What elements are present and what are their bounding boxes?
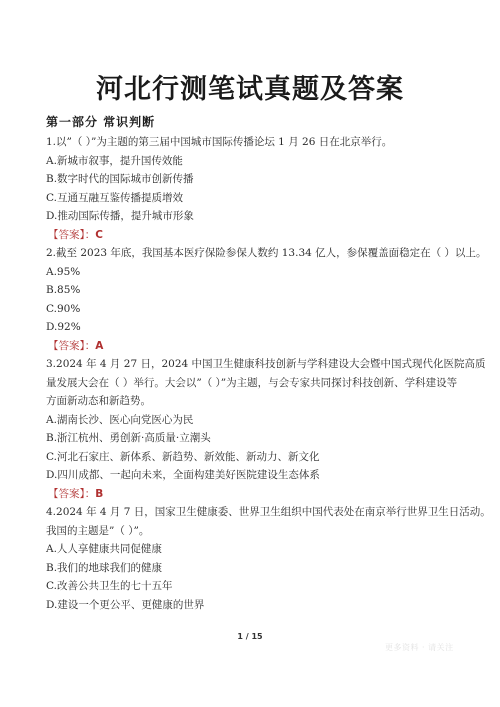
question-line: 我国的主题是”（ ）”。 [46,522,466,541]
question-text: 4.2024 年 4 月 7 日，国家卫生健康委、世界卫生组织中国代表处在南京举… [46,503,466,540]
question-2: 2.截至 2023 年底，我国基本医疗保险参保人数约 13.34 亿人，参保覆盖… [46,244,466,355]
option-c: C.90% [46,300,466,319]
answer: 【答案】：B [46,485,466,504]
question-3: 3.2024 年 4 月 27 日，2024 中国卫生健康科技创新与学科建设大会… [46,355,466,503]
question-4: 4.2024 年 4 月 7 日，国家卫生健康委、世界卫生组织中国代表处在南京举… [46,503,466,614]
option-c: C.互通互融互鉴传播提质增效 [46,189,466,208]
option-a: A.湖南长沙、医心向党医心为民 [46,411,466,430]
answer-value: B [95,488,103,500]
option-d: D.92% [46,318,466,337]
question-line: 2.截至 2023 年底，我国基本医疗保险参保人数约 13.34 亿人，参保覆盖… [46,244,466,263]
question-line: 1.以”（ ）”为主题的第三届中国城市国际传播论坛 1 月 26 日在北京举行。 [46,133,466,152]
document-title: 河北行测笔试真题及答案 [0,73,500,107]
option-a: A.新城市叙事，提升国传效能 [46,152,466,171]
answer: 【答案】：C [46,226,466,245]
option-c: C.改善公共卫生的七十五年 [46,577,466,596]
section-heading: 第一部分 常识判断 [46,113,155,130]
page-number: 1 / 15 [0,632,500,641]
option-a: A.95% [46,263,466,282]
answer-label: 【答案】： [48,488,95,500]
question-line: 4.2024 年 4 月 7 日，国家卫生健康委、世界卫生组织中国代表处在南京举… [46,503,466,522]
answer-value: A [95,340,103,352]
question-1: 1.以”（ ）”为主题的第三届中国城市国际传播论坛 1 月 26 日在北京举行。… [46,133,466,244]
question-line: 方面新动态和新趋势。 [46,392,466,411]
question-list: 1.以”（ ）”为主题的第三届中国城市国际传播论坛 1 月 26 日在北京举行。… [46,133,466,614]
question-text: 3.2024 年 4 月 27 日，2024 中国卫生健康科技创新与学科建设大会… [46,355,466,411]
answer: 【答案】：A [46,337,466,356]
answer-label: 【答案】： [48,229,95,241]
question-line: 量发展大会在（ ）举行。大会以”（ ）”为主题，与会专家共同探讨科技创新、学科建… [46,374,466,393]
answer-label: 【答案】： [48,340,95,352]
option-b: B.浙江杭州、勇创新·高质量·立潮头 [46,429,466,448]
option-b: B.85% [46,281,466,300]
option-b: B.数字时代的国际城市创新传播 [46,170,466,189]
option-d: D.推动国际传播，提升城市形象 [46,207,466,226]
option-c: C.河北石家庄、新体系、新趋势、新效能、新动力、新文化 [46,448,466,467]
answer-value: C [95,229,103,241]
option-b: B.我们的地球我们的健康 [46,559,466,578]
question-line: 3.2024 年 4 月 27 日，2024 中国卫生健康科技创新与学科建设大会… [46,355,466,374]
option-a: A.人人享健康共同促健康 [46,540,466,559]
option-d: D.四川成都、一起向未来，全面构建美好医院建设生态体系 [46,466,466,485]
question-text: 2.截至 2023 年底，我国基本医疗保险参保人数约 13.34 亿人，参保覆盖… [46,244,466,263]
watermark: 更多资料 · 请关注 [385,642,454,653]
question-text: 1.以”（ ）”为主题的第三届中国城市国际传播论坛 1 月 26 日在北京举行。 [46,133,466,152]
option-d: D.建设一个更公平、更健康的世界 [46,596,466,615]
document-page: 河北行测笔试真题及答案 第一部分 常识判断 1.以”（ ）”为主题的第三届中国城… [0,0,500,707]
